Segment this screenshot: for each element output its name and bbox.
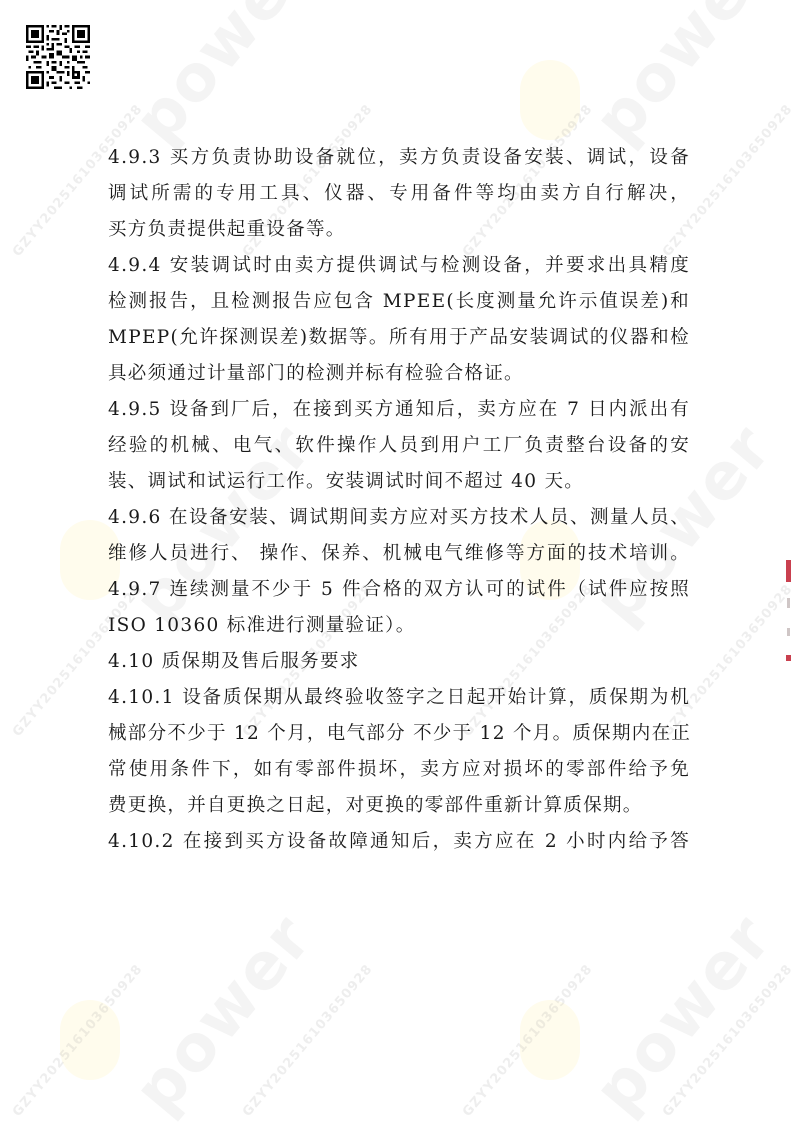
watermark-brand: power [120, 0, 327, 158]
edge-mark [786, 655, 791, 661]
text-line: 维修人员进行、 操作、保养、机械电气维修等方面的技术培训。 [108, 536, 690, 572]
watermark-blob [520, 60, 580, 140]
watermark-code: GZYY202516103650928 [10, 962, 146, 1120]
text-line: 费更换，并自更换之日起，对更换的零部件重新计算质保期。 [108, 788, 690, 824]
edge-mark [787, 598, 790, 608]
watermark-brand: power [580, 901, 787, 1123]
text-line: 经验的机械、电气、软件操作人员到用户工厂负责整台设备的安 [108, 428, 690, 464]
edge-mark [787, 628, 790, 636]
text-line: 装、调试和试运行工作。安装调试时间不超过 40 天。 [108, 464, 690, 500]
edge-mark [786, 560, 791, 582]
text-line: 4.10.2 在接到买方设备故障通知后，卖方应在 2 小时内给予答 [108, 824, 690, 860]
watermark-code: GZYY202516103650928 [460, 962, 596, 1120]
text-line: 具必须通过计量部门的检测并标有检验合格证。 [108, 356, 690, 392]
text-line: 械部分不少于 12 个月，电气部分 不少于 12 个月。质保期内在正 [108, 716, 690, 752]
text-line: MPEP(允许探测误差)数据等。所有用于产品安装调试的仪器和检 [108, 320, 690, 356]
text-line: 4.9.3 买方负责协助设备就位，卖方负责设备安装、调试，设备 [108, 140, 690, 176]
watermark-blob [60, 1000, 120, 1080]
watermark-brand: power [580, 0, 787, 158]
text-line: ISO 10360 标准进行测量验证）。 [108, 608, 690, 644]
qr-code [26, 25, 90, 89]
watermark-code: GZYY202516103650928 [240, 962, 376, 1120]
text-line: 4.9.4 安装调试时由卖方提供调试与检测设备，并要求出具精度 [108, 248, 690, 284]
watermark-code: GZYY202516103650928 [660, 962, 794, 1120]
document-body: 4.9.3 买方负责协助设备就位，卖方负责设备安装、调试，设备调试所需的专用工具… [108, 140, 690, 860]
text-line: 买方负责提供起重设备等。 [108, 212, 690, 248]
text-line: 4.9.6 在设备安装、调试期间卖方应对买方技术人员、测量人员、 [108, 500, 690, 536]
text-line: 4.9.7 连续测量不少于 5 件合格的双方认可的试件（试件应按照 [108, 572, 690, 608]
watermark-brand: power [120, 901, 327, 1123]
watermark-blob [520, 1000, 580, 1080]
text-line: 常使用条件下，如有零部件损坏，卖方应对损坏的零部件给予免 [108, 752, 690, 788]
text-line: 4.10 质保期及售后服务要求 [108, 644, 690, 680]
qr-code-icon [26, 25, 90, 89]
text-line: 4.9.5 设备到厂后，在接到买方通知后，卖方应在 7 日内派出有 [108, 392, 690, 428]
text-line: 检测报告，且检测报告应包含 MPEE(长度测量允许示值误差)和 [108, 284, 690, 320]
text-line: 4.10.1 设备质保期从最终验收签字之日起开始计算，质保期为机 [108, 680, 690, 716]
text-line: 调试所需的专用工具、仪器、专用备件等均由卖方自行解决， [108, 176, 690, 212]
